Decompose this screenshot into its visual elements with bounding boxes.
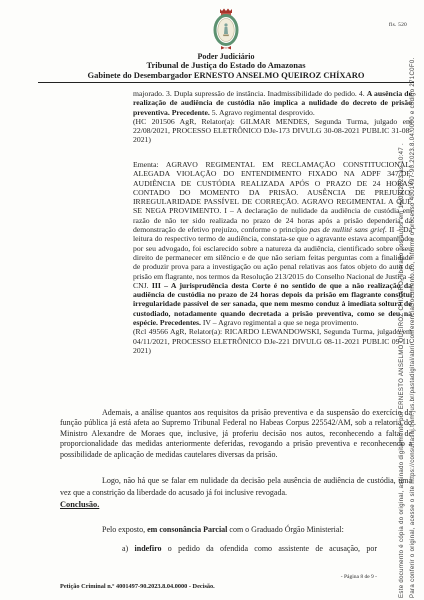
case-quote-1: majorado. 3. Dupla supressão de instânci…	[133, 89, 412, 145]
document-reference: Petição Criminal n.º 4001497-90.2023.8.0…	[60, 583, 215, 590]
paragraph-logo-text: Logo, não há que se falar em nulidade da…	[60, 476, 412, 497]
paragraph-ademais: Ademais, a análise quantos aos requisito…	[60, 408, 412, 460]
document-page: fls. 520 Poder Judiciário Tribunal de Ju…	[0, 0, 424, 600]
header-divider	[38, 82, 414, 83]
paragraph-ademais-text: Ademais, a análise quantos aos requisito…	[60, 408, 412, 459]
folio-number: fls. 520	[389, 22, 407, 28]
quote-2-citation: (Rcl 49566 AgR, Relator(a): RICARDO LEWA…	[133, 327, 412, 355]
paragraph-pelo-exposto: Pelo exposto, em consonância Parcial com…	[60, 525, 412, 534]
document-header: Poder Judiciário Tribunal de Justiça do …	[38, 52, 414, 80]
quote-2-text: Ementa: AGRAVO REGIMENTAL EM RECLAMAÇÃO …	[133, 160, 412, 327]
quote-1-citation: (HC 201506 AgR, Relator(a): GILMAR MENDE…	[133, 117, 412, 145]
paragraph-logo: Logo, não há que se falar em nulidade da…	[60, 475, 412, 499]
case-quote-2: Ementa: AGRAVO REGIMENTAL EM RECLAMAÇÃO …	[133, 160, 412, 355]
quote-1-text: majorado. 3. Dupla supressão de instânci…	[133, 89, 412, 117]
decision-item-a: a) indefiro o pedido da ofendida como as…	[122, 544, 377, 553]
header-chamber: Gabinete do Desembargador ERNESTO ANSELM…	[38, 71, 414, 81]
conclusion-heading: Conclusão.	[60, 500, 412, 509]
verification-url-note: Para conferir o original, acesse o site …	[410, 57, 416, 598]
page-indicator: - Página 8 de 9 -	[341, 574, 377, 580]
digital-signature-note: Este documento é cópia do original, assi…	[399, 143, 405, 598]
paragraph-pelo-text: Pelo exposto, em consonância Parcial com…	[102, 525, 344, 534]
tjam-coat-of-arms-icon	[213, 8, 239, 50]
